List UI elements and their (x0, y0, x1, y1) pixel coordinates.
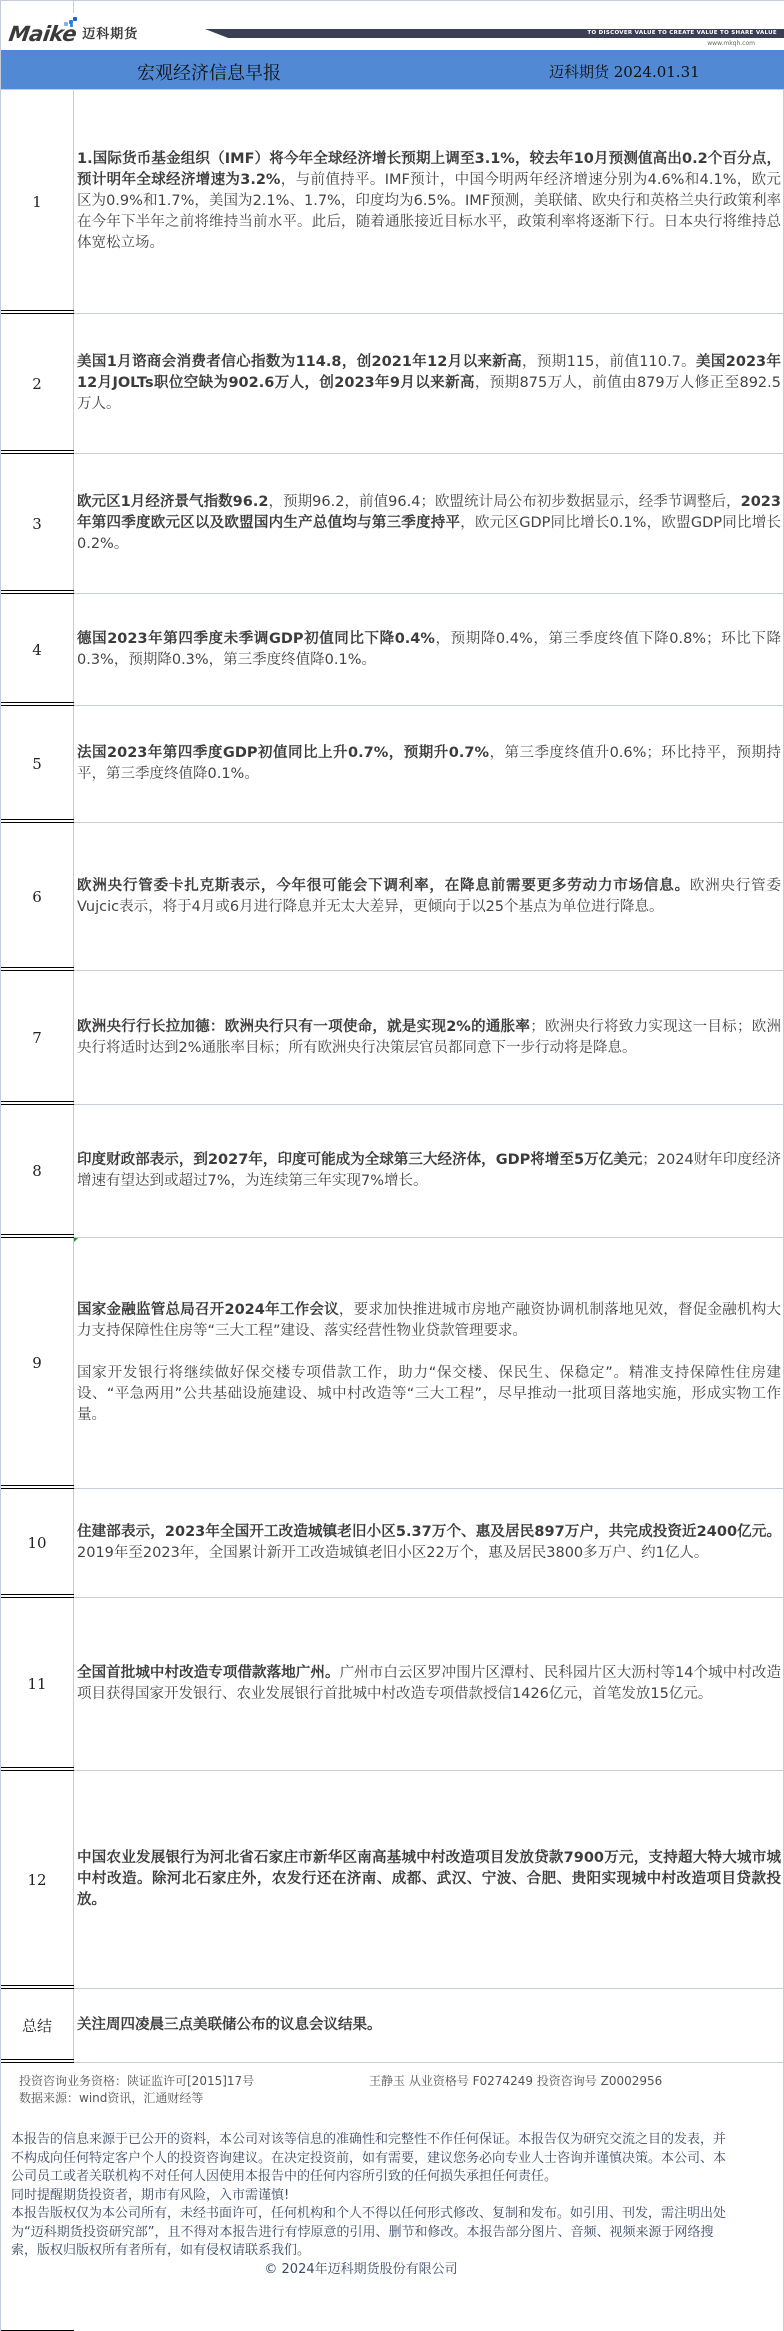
row-content: 欧洲央行行长拉加德：欧洲央行只有一项使命，就是实现2%的通胀率；欧洲央行将致力实… (77, 971, 781, 1104)
headline-text: 关注周四凌晨三点美联储公布的议息会议结果。 (77, 2017, 382, 2033)
table-row: 4德国2023年第四季度未季调GDP初值同比下降0.4%，预期降0.4%，第三季… (1, 593, 784, 705)
body-text: ，预期96.2，前值96.4；欧盟统计局公布初步数据显示，经季节调整后， (268, 494, 740, 510)
report-date: 迈科期货 2024.01.31 (549, 61, 700, 82)
row-content: 住建部表示，2023年全国开工改造城镇老旧小区5.37万个、惠及居民897万户，… (77, 1489, 781, 1597)
headline-text: 德国2023年第四季度未季调GDP初值同比下降0.4% (77, 631, 435, 647)
headline-text: 全国首批城中村改造专项借款落地广州。 (77, 1665, 340, 1681)
row-number: 11 (1, 1598, 74, 1770)
table-row: 11全国首批城中村改造专项借款落地广州。广州市白云区罗冲围片区潭村、民科园片区大… (1, 1597, 784, 1770)
headline-text: 住建部表示，2023年全国开工改造城镇老旧小区5.37万个、惠及居民897万户，… (77, 1524, 781, 1540)
table-row: 11.国际货币基金组织（IMF）将今年全球经济增长预期上调至3.1%，较去年10… (1, 89, 784, 313)
headline-text: 欧元区1月经济景气指数96.2 (77, 494, 268, 510)
news-paragraph: 国家金融监管总局召开2024年工作会议，要求加快推进城市房地产融资协调机制落地见… (77, 1300, 781, 1342)
row-content: 中国农业发展银行为河北省石家庄市新华区南高基城中村改造项目发放贷款7900万元，… (77, 1771, 781, 1988)
row-number: 3 (1, 454, 74, 593)
data-source: 数据来源：wind资讯，汇通财经等 (19, 2090, 254, 2107)
row-number: 4 (1, 594, 74, 705)
headline-text: 欧洲央行行长拉加德：欧洲央行只有一项使命，就是实现2%的通胀率 (77, 1019, 530, 1035)
news-paragraph: 关注周四凌晨三点美联储公布的议息会议结果。 (77, 2015, 781, 2036)
company-logo: Maike 迈科期货 (9, 21, 138, 45)
table-row: 7欧洲央行行长拉加德：欧洲央行只有一项使命，就是实现2%的通胀率；欧洲央行将致力… (1, 970, 784, 1104)
news-paragraph: 法国2023年第四季度GDP初值同比上升0.7%，预期升0.7%，第三季度终值升… (77, 743, 781, 785)
news-paragraph: 中国农业发展银行为河北省石家庄市新华区南高基城中村改造项目发放贷款7900万元，… (77, 1848, 781, 1911)
row-number: 10 (1, 1489, 74, 1597)
row-number: 12 (1, 1771, 74, 1988)
logo-cn-name: 迈科期货 (82, 25, 138, 45)
row-content: 美国1月谘商会消费者信心指数为114.8，创2021年12月以来新高，预期115… (77, 314, 781, 453)
news-paragraph: 全国首批城中村改造专项借款落地广州。广州市白云区罗冲围片区潭村、民科园片区大沥村… (77, 1663, 781, 1705)
analyst-info: 王静玉 从业资格号 F0274249 投资咨询号 Z0002956 (369, 2073, 662, 2090)
row-content: 德国2023年第四季度未季调GDP初值同比下降0.4%，预期降0.4%，第三季度… (77, 594, 781, 705)
row-content: 1.国际货币基金组织（IMF）将今年全球经济增长预期上调至3.1%，较去年10月… (77, 90, 781, 313)
logo-band: Maike 迈科期货 TO DISCOVER VALUE TO CREATE V… (1, 0, 784, 50)
row-content: 印度财政部表示，到2027年，印度可能成为全球第三大经济体，GDP将增至5万亿美… (77, 1105, 781, 1237)
news-paragraph: 国家开发银行将继续做好保交楼专项借款工作，助力“保交楼、保民生、保稳定”。精准支… (77, 1363, 781, 1426)
headline-text: 法国2023年第四季度GDP初值同比上升0.7%，预期升0.7% (77, 745, 489, 761)
row-number: 9 (1, 1238, 74, 1488)
row-number: 2 (1, 314, 74, 453)
row-content: 国家金融监管总局召开2024年工作会议，要求加快推进城市房地产融资协调机制落地见… (77, 1238, 781, 1488)
report-title: 宏观经济信息早报 (137, 59, 281, 85)
news-paragraph: 欧洲央行行长拉加德：欧洲央行只有一项使命，就是实现2%的通胀率；欧洲央行将致力实… (77, 1017, 781, 1059)
copyright: © 2024年迈科期货股份有限公司 (11, 2261, 731, 2280)
qualification-block: 投资咨询业务资格：陕证监许可[2015]17号 王静玉 从业资格号 F02742… (19, 2073, 254, 2107)
row-number: 5 (1, 706, 74, 822)
table-row: 10住建部表示，2023年全国开工改造城镇老旧小区5.37万个、惠及居民897万… (1, 1488, 784, 1597)
headline-text: 中国农业发展银行为河北省石家庄市新华区南高基城中村改造项目发放贷款7900万元，… (77, 1850, 781, 1908)
news-paragraph: 欧元区1月经济景气指数96.2，预期96.2，前值96.4；欧盟统计局公布初步数… (77, 492, 781, 555)
news-paragraph: 印度财政部表示，到2027年，印度可能成为全球第三大经济体，GDP将增至5万亿美… (77, 1150, 781, 1192)
row-content: 法国2023年第四季度GDP初值同比上升0.7%，预期升0.7%，第三季度终值升… (77, 706, 781, 822)
slogan: TO DISCOVER VALUE TO CREATE VALUE TO SHA… (587, 30, 777, 36)
row-content: 欧洲央行管委卡扎克斯表示，今年很可能会下调利率，在降息前需要更多劳动力市场信息。… (77, 823, 781, 970)
body-text: ，预期115，前值110.7。 (522, 354, 696, 370)
qualification-text: 投资咨询业务资格：陕证监许可[2015]17号 (19, 2073, 254, 2090)
table-row: 总结关注周四凌晨三点美联储公布的议息会议结果。 (1, 1988, 784, 2062)
news-paragraph: 住建部表示，2023年全国开工改造城镇老旧小区5.37万个、惠及居民897万户，… (77, 1522, 781, 1564)
logo-dots-icon (62, 17, 78, 27)
news-paragraph: 1.国际货币基金组织（IMF）将今年全球经济增长预期上调至3.1%，较去年10月… (77, 149, 781, 254)
divider (1, 2059, 74, 2063)
table-row: 9国家金融监管总局召开2024年工作会议，要求加快推进城市房地产融资协调机制落地… (1, 1237, 784, 1488)
disclaimer: 本报告的信息来源于已公开的资料，本公司对该等信息的准确性和完整性不作任何保证。本… (11, 2131, 731, 2279)
row-number: 7 (1, 971, 74, 1104)
news-paragraph: 欧洲央行管委卡扎克斯表示，今年很可能会下调利率，在降息前需要更多劳动力市场信息。… (77, 876, 781, 918)
divider (73, 1, 74, 13)
table-row: 3欧元区1月经济景气指数96.2，预期96.2，前值96.4；欧盟统计局公布初步… (1, 453, 784, 593)
news-paragraph: 美国1月谘商会消费者信心指数为114.8，创2021年12月以来新高，预期115… (77, 352, 781, 415)
row-number: 8 (1, 1105, 74, 1237)
risk-warning: 同时提醒期货投资者，期市有风险，入市需谨慎! (11, 2187, 731, 2206)
row-number: 1 (1, 90, 74, 313)
row-content: 欧元区1月经济景气指数96.2，预期96.2，前值96.4；欧盟统计局公布初步数… (77, 454, 781, 593)
title-bar: 宏观经济信息早报 迈科期货 2024.01.31 (1, 50, 784, 89)
footer: 投资咨询业务资格：陕证监许可[2015]17号 王静玉 从业资格号 F02742… (1, 2062, 784, 2331)
body-text: 2019年至2023年，全国累计新开工改造城镇老旧小区22万个，惠及居民3800… (77, 1545, 708, 1561)
headline-text: 美国1月谘商会消费者信心指数为114.8，创2021年12月以来新高 (77, 354, 522, 370)
headline-text: 国家金融监管总局召开2024年工作会议 (77, 1302, 339, 1318)
headline-text: 欧洲央行管委卡扎克斯表示，今年很可能会下调利率，在降息前需要更多劳动力市场信息。 (77, 878, 690, 894)
table-row: 12中国农业发展银行为河北省石家庄市新华区南高基城中村改造项目发放贷款7900万… (1, 1770, 784, 1988)
table-row: 5法国2023年第四季度GDP初值同比上升0.7%，预期升0.7%，第三季度终值… (1, 705, 784, 822)
table-row: 6欧洲央行管委卡扎克斯表示，今年很可能会下调利率，在降息前需要更多劳动力市场信息… (1, 822, 784, 970)
row-content: 关注周四凌晨三点美联储公布的议息会议结果。 (77, 1989, 781, 2062)
copyright-notice: 本报告版权仅为本公司所有，未经书面许可，任何机构和个人不得以任何形式修改、复制和… (11, 2205, 731, 2261)
report-page: Maike 迈科期货 TO DISCOVER VALUE TO CREATE V… (0, 0, 784, 2331)
body-text: 国家开发银行将继续做好保交楼专项借款工作，助力“保交楼、保民生、保稳定”。精准支… (77, 1365, 781, 1423)
headline-text: 印度财政部表示，到2027年，印度可能成为全球第三大经济体，GDP将增至5万亿美… (77, 1152, 642, 1168)
table-row: 2美国1月谘商会消费者信心指数为114.8，创2021年12月以来新高，预期11… (1, 313, 784, 453)
website-url: www.mkqh.com (707, 40, 755, 47)
row-content: 全国首批城中村改造专项借款落地广州。广州市白云区罗冲围片区潭村、民科园片区大沥村… (77, 1598, 781, 1770)
row-number: 6 (1, 823, 74, 970)
table-row: 8印度财政部表示，到2027年，印度可能成为全球第三大经济体，GDP将增至5万亿… (1, 1104, 784, 1237)
disclaimer-paragraph: 本报告的信息来源于已公开的资料，本公司对该等信息的准确性和完整性不作任何保证。本… (11, 2131, 731, 2187)
row-number: 总结 (1, 1989, 74, 2062)
news-paragraph: 德国2023年第四季度未季调GDP初值同比下降0.4%，预期降0.4%，第三季度… (77, 629, 781, 671)
